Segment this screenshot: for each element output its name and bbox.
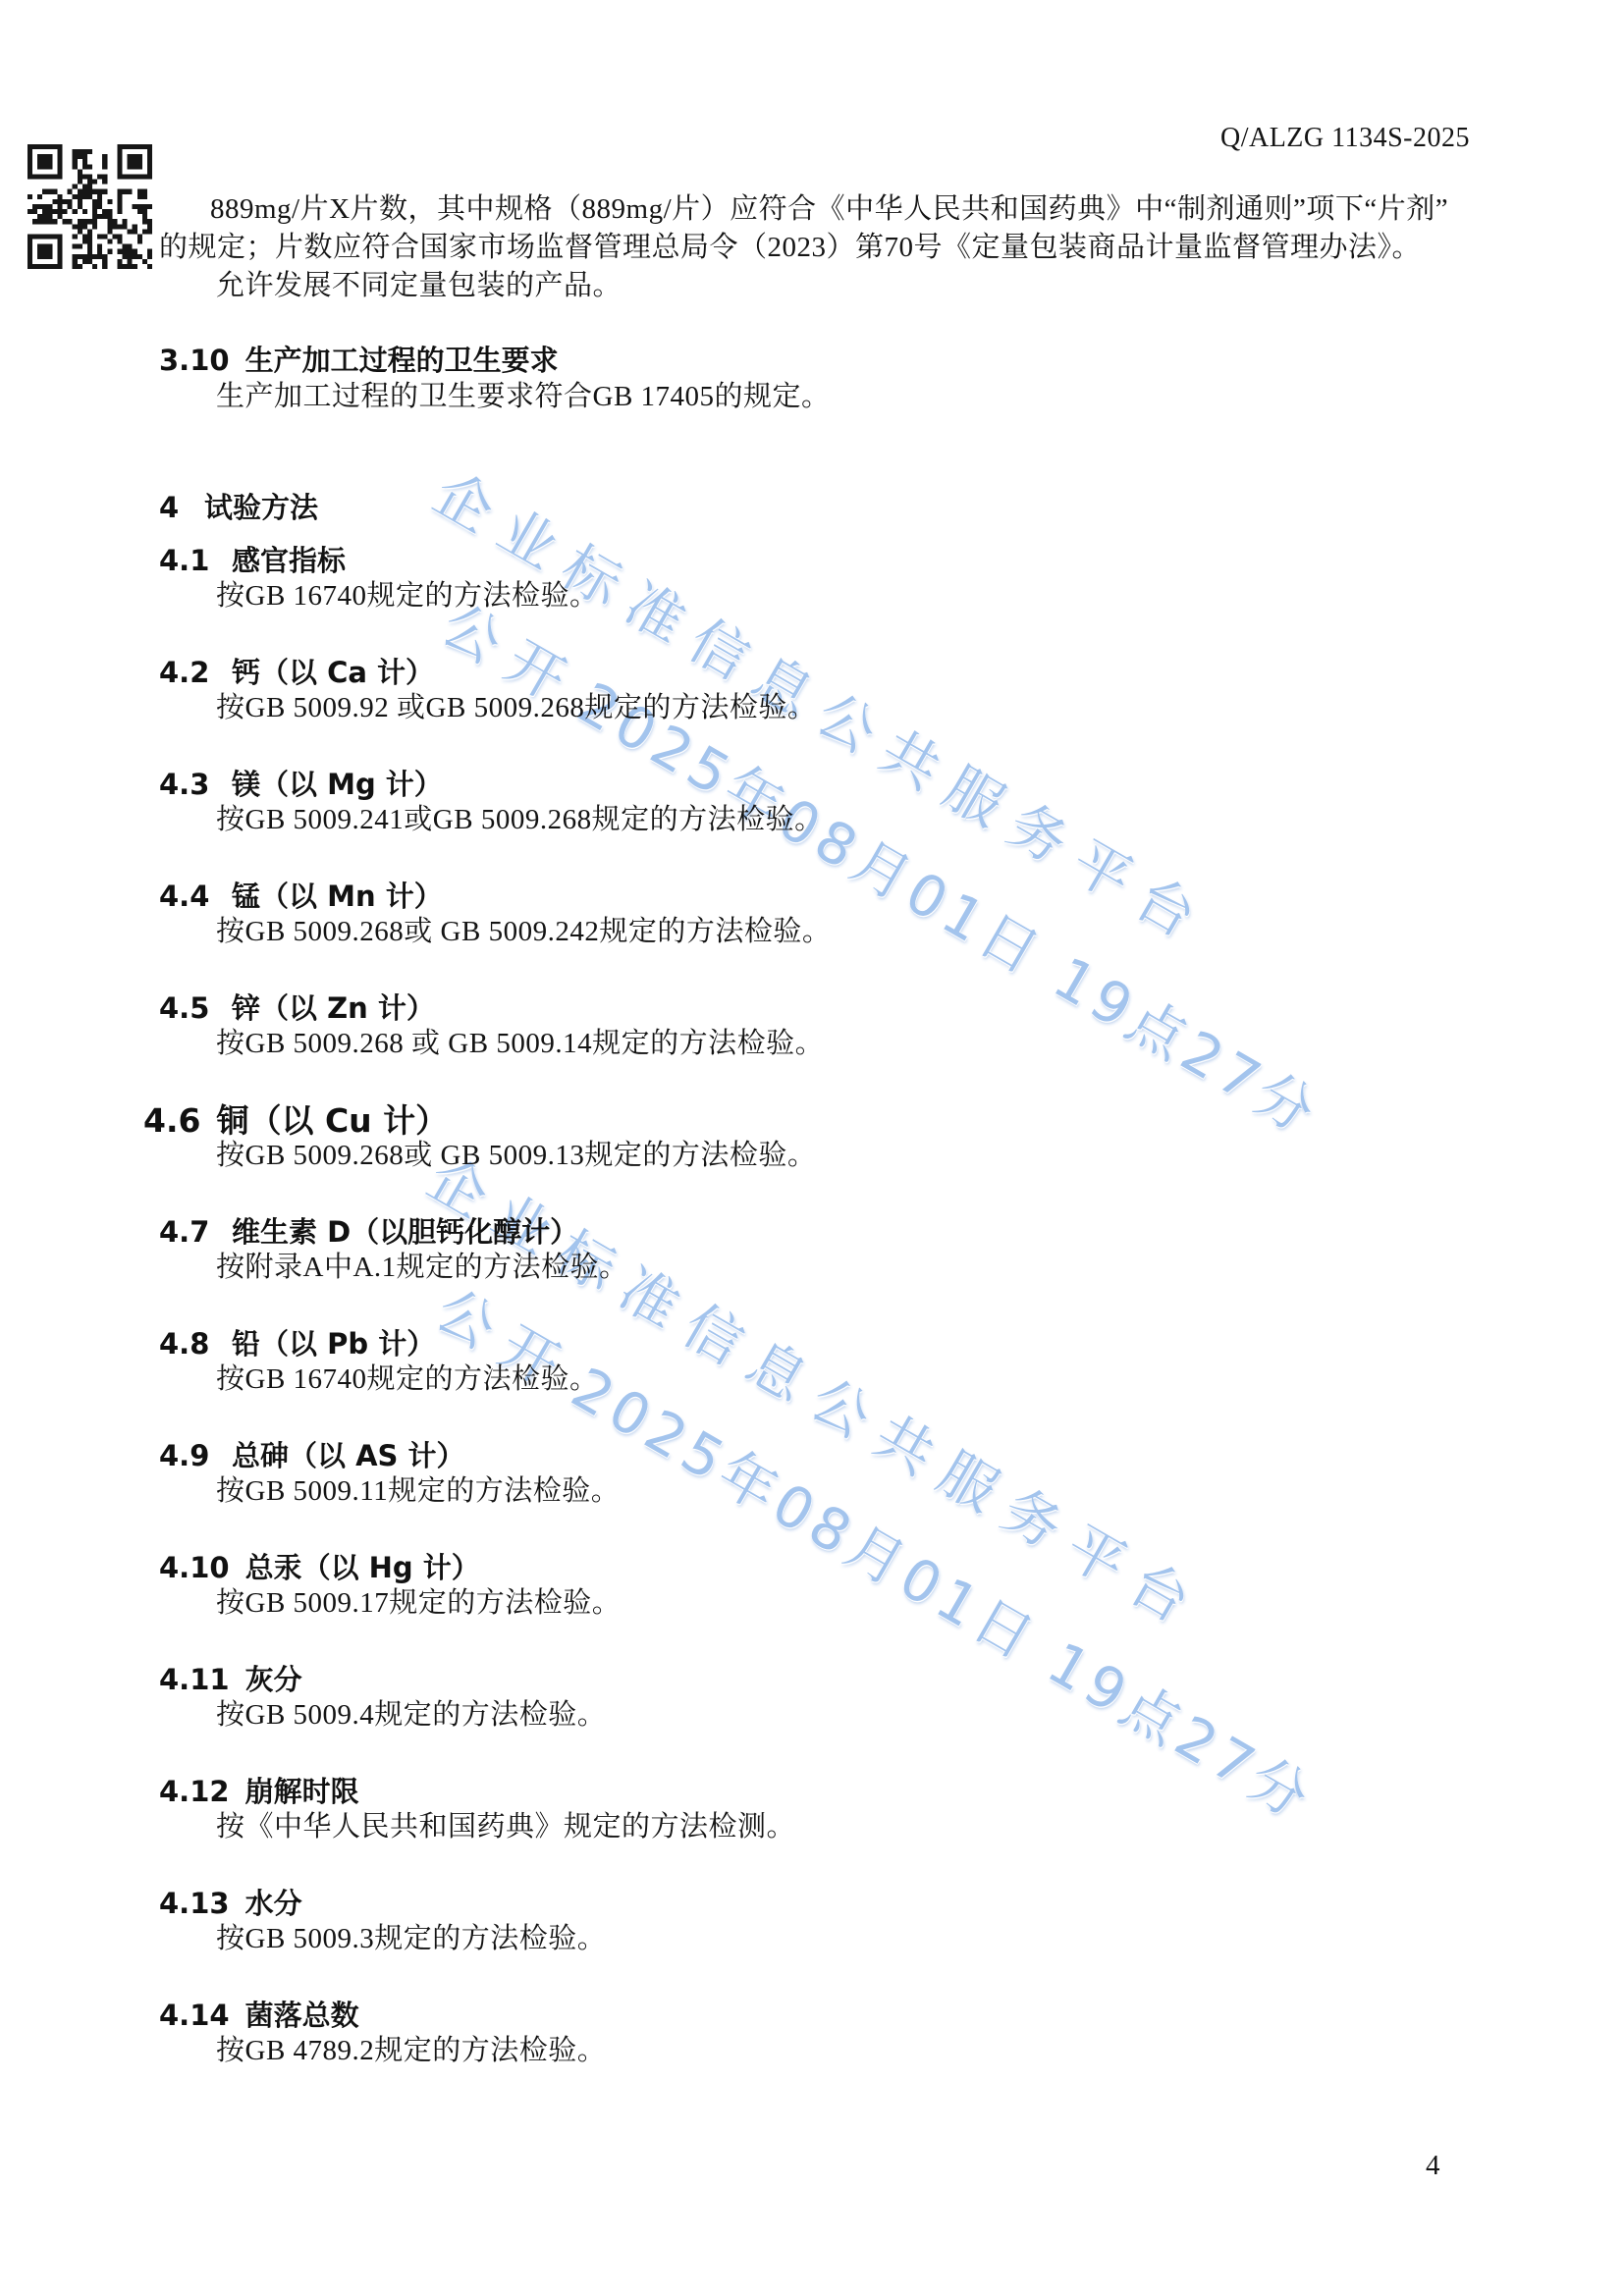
section-body: 按GB 5009.92 或GB 5009.268规定的方法检验。 bbox=[159, 693, 1494, 723]
section-heading: 4.5锌（以 Zn 计） bbox=[159, 993, 1494, 1024]
test-method-section: 4.4锰（以 Mn 计） 按GB 5009.268或 GB 5009.242规定… bbox=[159, 881, 1494, 993]
section-heading: 4.2钙（以 Ca 计） bbox=[159, 658, 1494, 688]
section-number: 4.7 bbox=[159, 1217, 216, 1248]
section-number: 3.10 bbox=[159, 346, 230, 376]
section-body: 按《中华人民共和国药典》规定的方法检测。 bbox=[159, 1812, 1494, 1842]
test-method-section: 4.7维生素 D（以胆钙化醇计） 按附录A中A.1规定的方法检验。 bbox=[159, 1217, 1494, 1329]
section-heading: 4.3镁（以 Mg 计） bbox=[159, 770, 1494, 800]
section-title: 钙（以 Ca 计） bbox=[232, 656, 434, 689]
section-title: 总砷（以 AS 计） bbox=[232, 1439, 465, 1472]
section-body: 按GB 16740规定的方法检验。 bbox=[159, 1364, 1494, 1395]
chapter-number: 4 bbox=[159, 493, 189, 523]
section-body: 按GB 5009.17规定的方法检验。 bbox=[159, 1588, 1494, 1619]
section-title: 锰（以 Mn 计） bbox=[232, 880, 443, 913]
section-heading: 4.7维生素 D（以胆钙化醇计） bbox=[159, 1217, 1494, 1248]
page-number: 4 bbox=[1426, 2150, 1440, 2182]
section-number: 4.5 bbox=[159, 993, 216, 1024]
section-number: 4.11 bbox=[159, 1665, 230, 1695]
qr-code-icon bbox=[27, 144, 152, 269]
section-heading: 4.1感官指标 bbox=[159, 546, 1494, 576]
section-number: 4.14 bbox=[159, 2001, 230, 2031]
section-number: 4.12 bbox=[159, 1777, 230, 1807]
section-heading-3-10: 3.10生产加工过程的卫生要求 bbox=[159, 346, 559, 376]
document-page: Q/ALZG 1134S-2025 企业标准信息公共服务平台 公开2025年08… bbox=[0, 0, 1624, 2296]
test-method-section: 4.14菌落总数 按GB 4789.2规定的方法检验。 bbox=[159, 2001, 1494, 2112]
section-title: 锌（以 Zn 计） bbox=[232, 991, 435, 1025]
section-body: 按GB 16740规定的方法检验。 bbox=[159, 581, 1494, 612]
section-body: 按GB 4789.2规定的方法检验。 bbox=[159, 2036, 1494, 2066]
intro-paragraph-line: 889mg/片X片数，其中规格（889mg/片）应符合《中华人民共和国药典》中“… bbox=[210, 192, 1448, 226]
test-method-section: 4.11灰分 按GB 5009.4规定的方法检验。 bbox=[159, 1665, 1494, 1777]
test-method-section: 4.8铅（以 Pb 计） 按GB 16740规定的方法检验。 bbox=[159, 1329, 1494, 1441]
section-title: 总汞（以 Hg 计） bbox=[245, 1551, 480, 1584]
section-title: 感官指标 bbox=[232, 544, 346, 577]
section-body: 按GB 5009.4规定的方法检验。 bbox=[159, 1700, 1494, 1731]
section-title: 灰分 bbox=[245, 1663, 302, 1696]
section-body: 按GB 5009.241或GB 5009.268规定的方法检验。 bbox=[159, 805, 1494, 835]
section-heading: 4.4锰（以 Mn 计） bbox=[159, 881, 1494, 912]
test-method-section: 4.3镁（以 Mg 计） 按GB 5009.241或GB 5009.268规定的… bbox=[159, 770, 1494, 881]
section-body: 按GB 5009.11规定的方法检验。 bbox=[159, 1476, 1494, 1507]
test-method-section: 4.13水分 按GB 5009.3规定的方法检验。 bbox=[159, 1889, 1494, 2001]
section-title: 镁（以 Mg 计） bbox=[232, 768, 443, 801]
section-heading: 4.14菌落总数 bbox=[159, 2001, 1494, 2031]
section-heading: 4.10总汞（以 Hg 计） bbox=[159, 1553, 1494, 1583]
section-title: 铅（以 Pb 计） bbox=[232, 1327, 435, 1361]
section-heading: 4.6铜（以 Cu 计） bbox=[143, 1105, 1494, 1136]
section-heading: 4.8铅（以 Pb 计） bbox=[159, 1329, 1494, 1360]
intro-paragraph-line: 的规定；片数应符合国家市场监督管理总局令（2023）第70号《定量包装商品计量监… bbox=[159, 231, 1421, 264]
section-body: 按附录A中A.1规定的方法检验。 bbox=[159, 1253, 1494, 1283]
section-number: 4.1 bbox=[159, 546, 216, 576]
section-number: 4.8 bbox=[159, 1329, 216, 1360]
section-title: 崩解时限 bbox=[245, 1775, 359, 1808]
section-title: 水分 bbox=[245, 1887, 302, 1920]
test-method-section: 4.9总砷（以 AS 计） 按GB 5009.11规定的方法检验。 bbox=[159, 1441, 1494, 1553]
section-number: 4.10 bbox=[159, 1553, 230, 1583]
chapter-title: 试验方法 bbox=[204, 491, 318, 524]
test-method-section: 4.2钙（以 Ca 计） 按GB 5009.92 或GB 5009.268规定的… bbox=[159, 658, 1494, 770]
section-number: 4.9 bbox=[159, 1441, 216, 1471]
section-body: 按GB 5009.268 或 GB 5009.14规定的方法检验。 bbox=[159, 1029, 1494, 1059]
section-heading: 4.13水分 bbox=[159, 1889, 1494, 1919]
sections: 4.1感官指标 按GB 16740规定的方法检验。 4.2钙（以 Ca 计） 按… bbox=[159, 546, 1494, 2112]
test-method-section: 4.1感官指标 按GB 16740规定的方法检验。 bbox=[159, 546, 1494, 658]
chapter-heading-4: 4试验方法 bbox=[159, 493, 318, 523]
section-number: 4.13 bbox=[159, 1889, 230, 1919]
intro-paragraph-line: 允许发展不同定量包装的产品。 bbox=[216, 269, 622, 302]
section-number: 4.4 bbox=[159, 881, 216, 912]
test-method-section: 4.12崩解时限 按《中华人民共和国药典》规定的方法检测。 bbox=[159, 1777, 1494, 1889]
section-number: 4.2 bbox=[159, 658, 216, 688]
section-heading: 4.9总砷（以 AS 计） bbox=[159, 1441, 1494, 1471]
section-title: 生产加工过程的卫生要求 bbox=[245, 344, 559, 377]
section-title: 维生素 D（以胆钙化醇计） bbox=[232, 1215, 578, 1249]
section-heading: 4.11灰分 bbox=[159, 1665, 1494, 1695]
section-number: 4.6 bbox=[143, 1105, 200, 1136]
standard-code: Q/ALZG 1134S-2025 bbox=[1220, 123, 1470, 154]
section-body: 按GB 5009.3规定的方法检验。 bbox=[159, 1924, 1494, 1954]
section-body: 按GB 5009.268或 GB 5009.13规定的方法检验。 bbox=[159, 1141, 1494, 1171]
test-method-section: 4.6铜（以 Cu 计） 按GB 5009.268或 GB 5009.13规定的… bbox=[159, 1105, 1494, 1217]
section-heading: 4.12崩解时限 bbox=[159, 1777, 1494, 1807]
test-method-section: 4.5锌（以 Zn 计） 按GB 5009.268 或 GB 5009.14规定… bbox=[159, 993, 1494, 1105]
test-method-section: 4.10总汞（以 Hg 计） 按GB 5009.17规定的方法检验。 bbox=[159, 1553, 1494, 1665]
section-body: 按GB 5009.268或 GB 5009.242规定的方法检验。 bbox=[159, 917, 1494, 947]
section-title: 菌落总数 bbox=[245, 1999, 359, 2032]
section-title: 铜（以 Cu 计） bbox=[216, 1101, 448, 1140]
section-number: 4.3 bbox=[159, 770, 216, 800]
section-body-3-10: 生产加工过程的卫生要求符合GB 17405的规定。 bbox=[216, 382, 831, 412]
